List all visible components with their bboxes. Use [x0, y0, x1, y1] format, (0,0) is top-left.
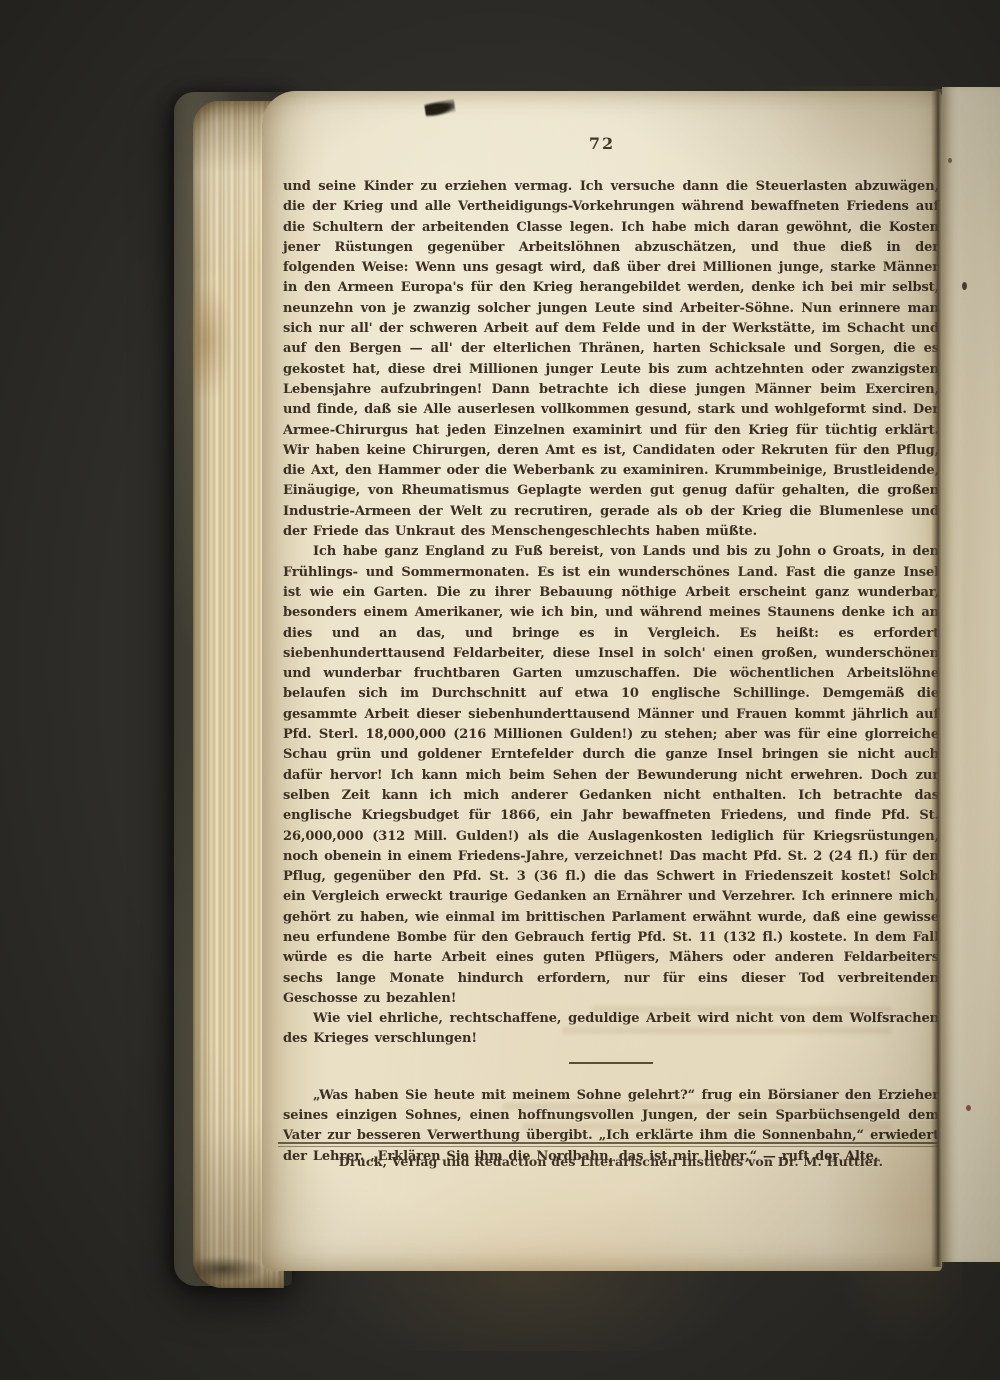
- book-page: 72 und seine Kinder zu erziehen vermag. …: [262, 91, 942, 1271]
- colophon-imprint: Druck, Verlag und Redaction des Literari…: [283, 1154, 939, 1169]
- page-text-block: und seine Kinder zu erziehen vermag. Ich…: [283, 177, 939, 1167]
- photograph-scene: 72 und seine Kinder zu erziehen vermag. …: [0, 0, 1000, 1380]
- section-divider-rule: [569, 1062, 653, 1064]
- ink-smudge: [424, 99, 456, 118]
- page-edge-stain: [193, 281, 233, 401]
- body-paragraph: und seine Kinder zu erziehen vermag. Ich…: [283, 177, 939, 542]
- body-paragraph: Wie viel ehrliche, rechtschaffene, gedul…: [283, 1009, 939, 1050]
- facing-page-edge: [942, 87, 1000, 1262]
- colophon-double-rule: [278, 1142, 938, 1147]
- body-paragraph: Ich habe ganz England zu Fuß bereist, vo…: [283, 542, 939, 1009]
- page-number: 72: [262, 134, 942, 153]
- page-edge-smudge: [195, 1256, 265, 1282]
- page-stain: [322, 1171, 742, 1351]
